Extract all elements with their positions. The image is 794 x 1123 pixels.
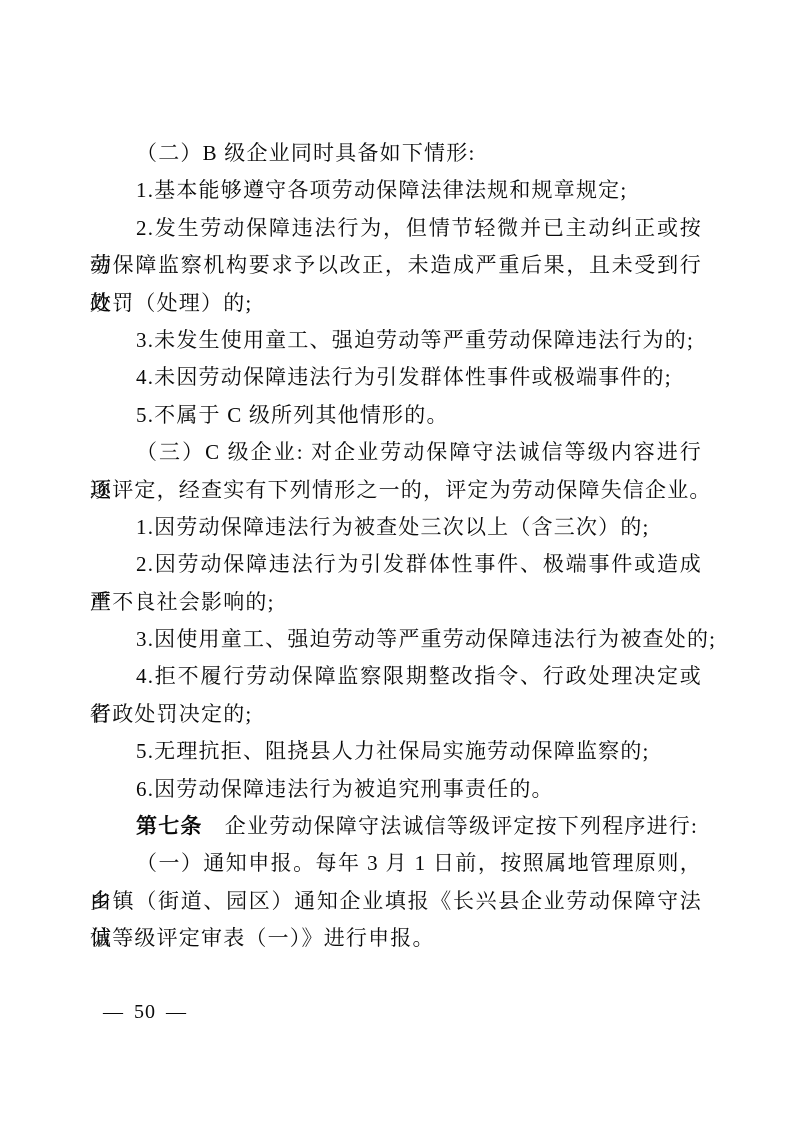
text-line: （二）B 级企业同时具备如下情形: bbox=[90, 135, 702, 172]
text-run: 信等级评定审表（一）》进行申报。 bbox=[90, 926, 435, 950]
text-run: 企业劳动保障守法诚信等级评定按下列程序进行: bbox=[203, 814, 698, 838]
text-run: 4.未因劳动保障违法行为引发群体性事件或极端事件的; bbox=[136, 365, 672, 389]
text-line: 2.发生劳动保障违法行为，但情节轻微并已主动纠正或按劳 bbox=[90, 210, 702, 247]
text-run: 重不良社会影响的; bbox=[90, 590, 275, 614]
text-line: 动保障监察机构要求予以改正，未造成严重后果，且未受到行政 bbox=[90, 247, 702, 284]
page-footer: — 50 — bbox=[103, 1000, 187, 1024]
text-run: 1.因劳动保障违法行为被查处三次以上（含三次）的; bbox=[136, 515, 650, 539]
text-line: （一）通知申报。每年 3 月 1 日前，按照属地管理原则，由 bbox=[90, 845, 702, 882]
text-line: （三）C 级企业: 对企业劳动保障守法诚信等级内容进行逐 bbox=[90, 434, 702, 471]
text-run: （二）B 级企业同时具备如下情形: bbox=[136, 141, 476, 165]
text-line: 2.因劳动保障违法行为引发群体性事件、极端事件或造成严 bbox=[90, 546, 702, 583]
text-line: 3.因使用童工、强迫劳动等严重劳动保障违法行为被查处的; bbox=[90, 621, 702, 658]
text-run: 处罚（处理）的; bbox=[90, 291, 252, 315]
page-number: — 50 — bbox=[103, 1001, 187, 1023]
text-line: 第七条 企业劳动保障守法诚信等级评定按下列程序进行: bbox=[90, 808, 702, 845]
text-line: 1.基本能够遵守各项劳动保障法律法规和规章规定; bbox=[90, 172, 702, 209]
text-line: 处罚（处理）的; bbox=[90, 285, 702, 322]
text-line: 重不良社会影响的; bbox=[90, 584, 702, 621]
text-line: 6.因劳动保障违法行为被追究刑事责任的。 bbox=[90, 771, 702, 808]
text-line: 5.无理抗拒、阻挠县人力社保局实施劳动保障监察的; bbox=[90, 733, 702, 770]
text-line: 乡镇（街道、园区）通知企业填报《长兴县企业劳动保障守法诚 bbox=[90, 883, 702, 920]
text-line: 1.因劳动保障违法行为被查处三次以上（含三次）的; bbox=[90, 509, 702, 546]
text-run: 行政处罚决定的; bbox=[90, 702, 252, 726]
text-run: 3.未发生使用童工、强迫劳动等严重劳动保障违法行为的; bbox=[136, 328, 694, 352]
text-run: 1.基本能够遵守各项劳动保障法律法规和规章规定; bbox=[136, 178, 627, 202]
text-run: 3.因使用童工、强迫劳动等严重劳动保障违法行为被查处的; bbox=[136, 627, 716, 651]
text-run: 项评定，经查实有下列情形之一的，评定为劳动保障失信企业。 bbox=[90, 478, 712, 502]
text-run: 5.不属于 C 级所列其他情形的。 bbox=[136, 403, 449, 427]
text-run: 5.无理抗拒、阻挠县人力社保局实施劳动保障监察的; bbox=[136, 739, 650, 763]
text-line: 信等级评定审表（一）》进行申报。 bbox=[90, 920, 702, 957]
article-number-label: 第七条 bbox=[136, 814, 203, 838]
text-line: 行政处罚决定的; bbox=[90, 696, 702, 733]
document-page: （二）B 级企业同时具备如下情形:1.基本能够遵守各项劳动保障法律法规和规章规定… bbox=[0, 0, 794, 1123]
text-run: 6.因劳动保障违法行为被追究刑事责任的。 bbox=[136, 777, 554, 801]
text-line: 5.不属于 C 级所列其他情形的。 bbox=[90, 397, 702, 434]
document-body: （二）B 级企业同时具备如下情形:1.基本能够遵守各项劳动保障法律法规和规章规定… bbox=[90, 135, 702, 958]
text-line: 4.拒不履行劳动保障监察限期整改指令、行政处理决定或者 bbox=[90, 658, 702, 695]
text-line: 项评定，经查实有下列情形之一的，评定为劳动保障失信企业。 bbox=[90, 472, 702, 509]
text-line: 3.未发生使用童工、强迫劳动等严重劳动保障违法行为的; bbox=[90, 322, 702, 359]
text-line: 4.未因劳动保障违法行为引发群体性事件或极端事件的; bbox=[90, 359, 702, 396]
